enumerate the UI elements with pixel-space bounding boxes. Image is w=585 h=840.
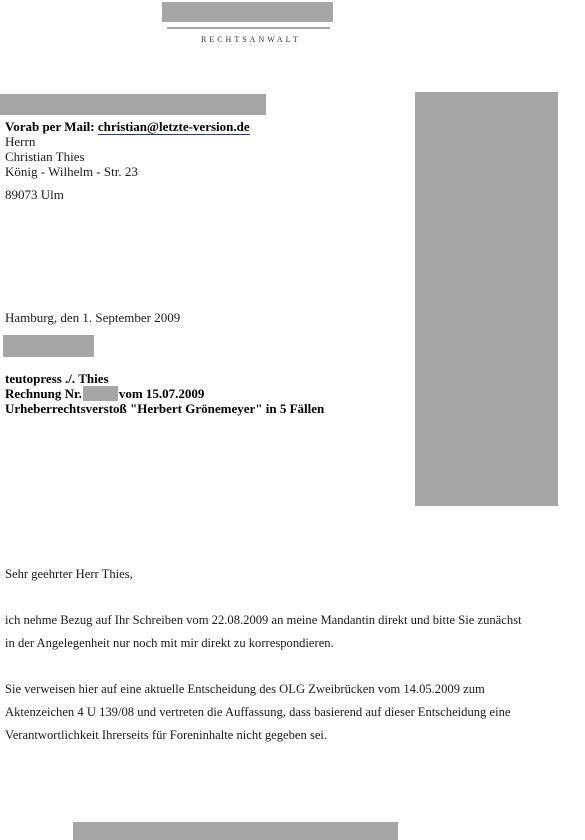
email-notice-label: Vorab per Mail: (5, 119, 95, 134)
paragraph-2-line-1: Sie verweisen hier auf eine aktuelle Ent… (5, 678, 550, 701)
paragraph-2-line-2: Aktenzeichen 4 U 139/08 und vertreten di… (5, 701, 550, 724)
invoice-number-redaction (83, 386, 118, 401)
sender-line-redaction (0, 94, 266, 115)
paragraph-1: ich nehme Bezug auf Ihr Schreiben vom 22… (5, 609, 550, 655)
paragraph-1-line-1: ich nehme Bezug auf Ihr Schreiben vom 22… (5, 609, 550, 632)
letterhead-name-redaction (162, 2, 333, 22)
paragraph-2: Sie verweisen hier auf eine aktuelle Ent… (5, 678, 550, 747)
recipient-name: Christian Thies (5, 149, 85, 164)
footer-redaction (73, 822, 398, 840)
sidebar-contact-redaction (415, 92, 558, 506)
email-link[interactable]: christian@letzte-version.de (98, 119, 250, 135)
paragraph-1-line-2: in der Angelegenheit nur noch mit mir di… (5, 632, 550, 655)
letterhead-rule (167, 27, 330, 29)
greeting: Sehr geehrter Herr Thies, (5, 567, 133, 582)
recipient-street: König - Wilhelm - Str. 23 (5, 164, 138, 179)
date-line: Hamburg, den 1. September 2009 (5, 310, 180, 325)
paragraph-2-line-3: Verantwortlichkeit Ihrerseits für Foreni… (5, 724, 550, 747)
invoice-date: vom 15.07.2009 (119, 386, 205, 401)
recipient-salutation: Herrn (5, 134, 35, 149)
subject-line-3: Urheberrechtsverstoß "Herbert Grönemeyer… (5, 401, 324, 416)
invoice-label: Rechnung Nr. (5, 386, 82, 401)
reference-redaction (3, 335, 94, 357)
letterhead-subtitle: RECHTSANWALT (201, 35, 301, 44)
subject-line-2: Rechnung Nr.vom 15.07.2009 (5, 386, 204, 401)
email-notice: Vorab per Mail: christian@letzte-version… (5, 119, 250, 134)
subject-line-1: teutopress ./. Thies (5, 371, 109, 386)
recipient-city: 89073 Ulm (5, 187, 64, 202)
